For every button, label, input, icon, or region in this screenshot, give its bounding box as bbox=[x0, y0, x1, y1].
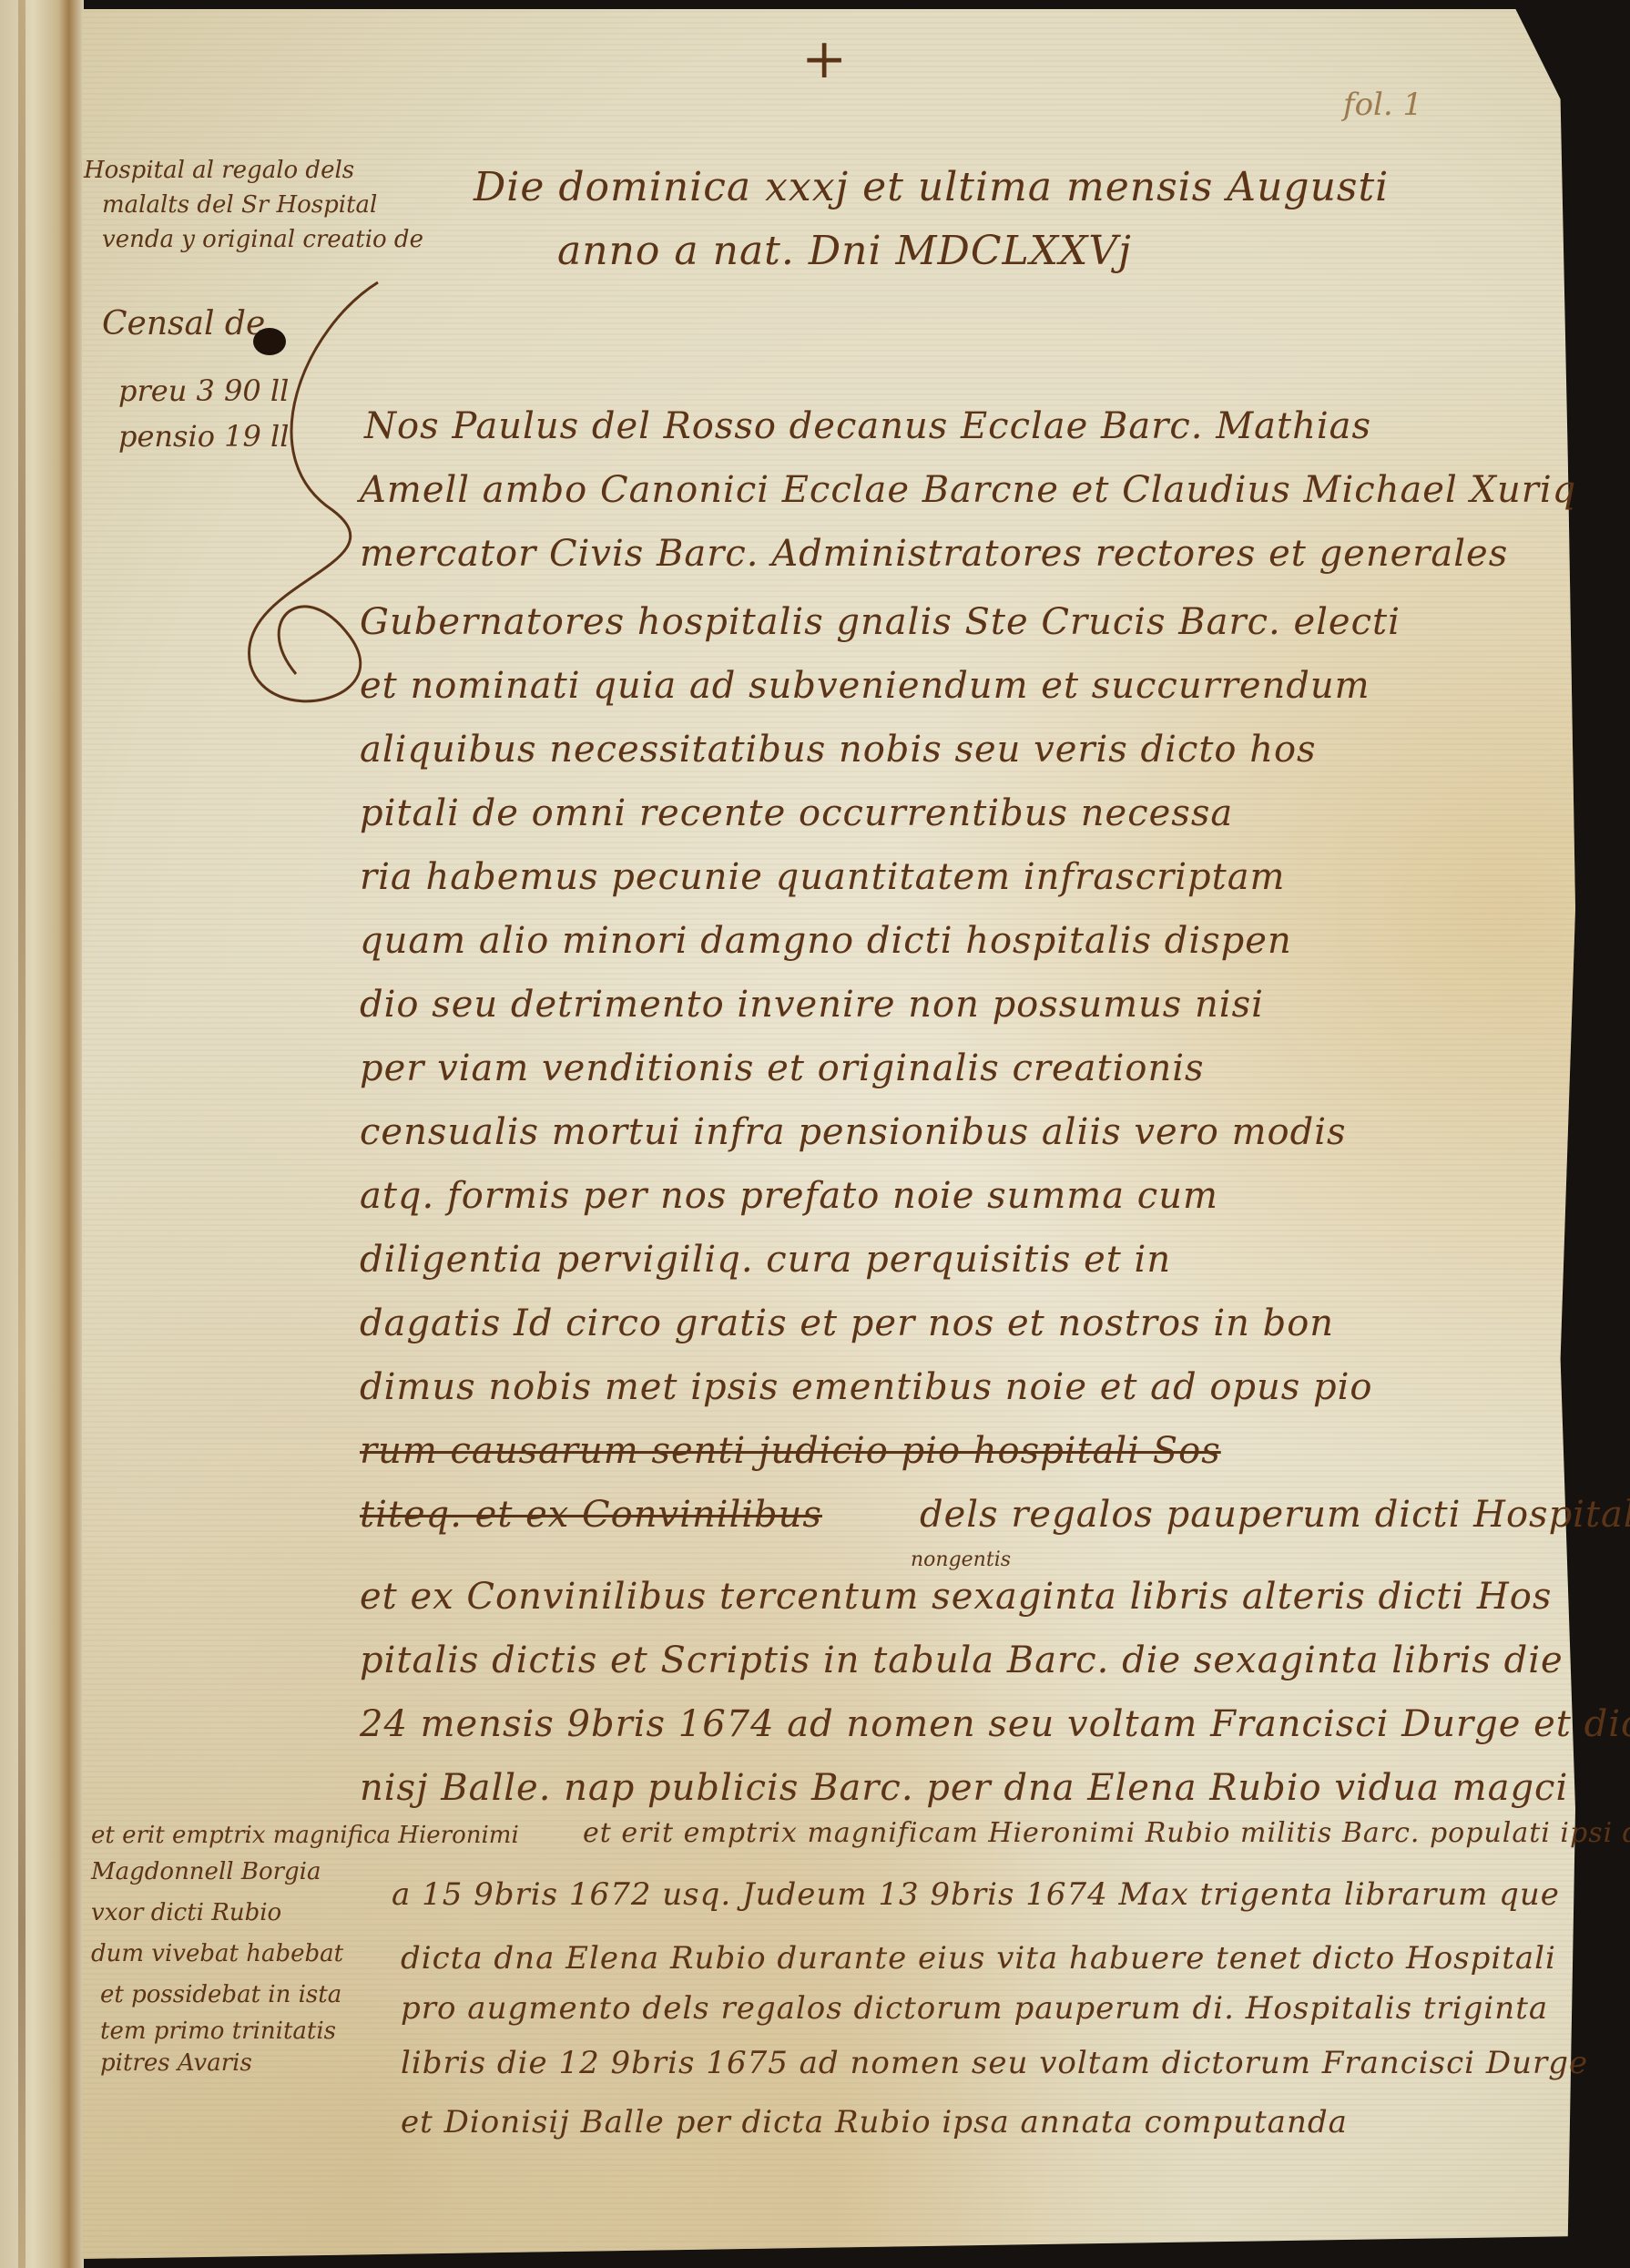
margin-note-line: et erit emptrix magnifica Hieronimi bbox=[91, 1822, 519, 1849]
margin-note-line: et possidebat in ista bbox=[100, 1981, 341, 2008]
gutter-edge bbox=[18, 0, 25, 2268]
margin-note-line: dum vivebat habebat bbox=[91, 1940, 343, 1967]
body-line: per viam venditionis et originalis creat… bbox=[360, 1047, 1205, 1089]
body-line: Gubernatores hospitalis gnalis Ste Cruci… bbox=[360, 601, 1401, 643]
body-line: dio seu detrimento invenire non possumus… bbox=[360, 984, 1264, 1026]
struck-line: rum causarum senti judicio pio hospitali… bbox=[360, 1430, 1221, 1472]
body-line: Amell ambo Canonici Ecclae Barcne et Cla… bbox=[360, 469, 1576, 511]
interlinear-insertion: nongentis bbox=[911, 1548, 1011, 1571]
body-line: atq. formis per nos prefato noie summa c… bbox=[360, 1175, 1218, 1217]
margin-note-line: Magdonnell Borgia bbox=[91, 1858, 321, 1885]
body-line: libris die 12 9bris 1675 ad nomen seu vo… bbox=[401, 2045, 1588, 2081]
body-line: dagatis Id circo gratis et per nos et no… bbox=[360, 1303, 1334, 1344]
body-line: et nominati quia ad subveniendum et succ… bbox=[360, 665, 1370, 707]
margin-note-line: venda y original creatio de bbox=[102, 226, 423, 253]
body-line: aliquibus necessitatibus nobis seu veris… bbox=[360, 729, 1317, 771]
body-line: pro augmento dels regalos dictorum paupe… bbox=[401, 1990, 1548, 2027]
margin-note-line: vxor dicti Rubio bbox=[91, 1899, 281, 1926]
body-line: dicta dna Elena Rubio durante eius vita … bbox=[401, 1940, 1556, 1977]
body-line: ria habemus pecunie quantitatem infrascr… bbox=[360, 856, 1285, 898]
body-line: et Dionisij Balle per dicta Rubio ipsa a… bbox=[401, 2104, 1348, 2140]
body-line: a 15 9bris 1672 usq. Judeum 13 9bris 167… bbox=[392, 1876, 1560, 1913]
margin-note-line: malalts del Sr Hospital bbox=[102, 191, 377, 219]
body-line: et erit emptrix magnificam Hieronimi Rub… bbox=[583, 1817, 1630, 1849]
body-line: et ex Convinilibus tercentum sexaginta l… bbox=[360, 1576, 1552, 1618]
body-line: pitalis dictis et Scriptis in tabula Bar… bbox=[360, 1640, 1564, 1681]
body-line: nisj Balle. nap publicis Barc. per dna E… bbox=[360, 1767, 1568, 1809]
book-binding-gutter bbox=[0, 0, 84, 2268]
margin-note-line: tem primo trinitatis bbox=[100, 2018, 336, 2045]
body-line: 24 mensis 9bris 1674 ad nomen seu voltam… bbox=[360, 1703, 1630, 1745]
body-line: dimus nobis met ipsis ementibus noie et … bbox=[360, 1366, 1373, 1408]
body-line: diligentia pervigiliq. cura perquisitis … bbox=[360, 1239, 1171, 1281]
body-line-continuation: dels regalos pauperum dicti Hospitalis bbox=[920, 1494, 1630, 1536]
body-line: quam alio minori damgno dicti hospitalis… bbox=[360, 920, 1292, 962]
body-line: mercator Civis Barc. Administratores rec… bbox=[360, 533, 1508, 575]
struck-line: titeq. et ex Convinilibus bbox=[360, 1494, 822, 1536]
folio-number: fol. 1 bbox=[1343, 87, 1422, 123]
date-heading-year: anno a nat. Dni MDCLXXVj bbox=[557, 228, 1132, 274]
body-line: pitali de omni recente occurrentibus nec… bbox=[360, 792, 1233, 834]
margin-note-line: pitres Avaris bbox=[100, 2049, 252, 2077]
body-line: censualis mortui infra pensionibus aliis… bbox=[360, 1111, 1347, 1153]
date-heading: Die dominica xxxj et ultima mensis Augus… bbox=[474, 164, 1389, 210]
body-line: Nos Paulus del Rosso decanus Ecclae Barc… bbox=[364, 405, 1371, 447]
margin-note-line: Hospital al regalo dels bbox=[84, 157, 354, 184]
invocation-cross-mark: + bbox=[801, 27, 847, 91]
